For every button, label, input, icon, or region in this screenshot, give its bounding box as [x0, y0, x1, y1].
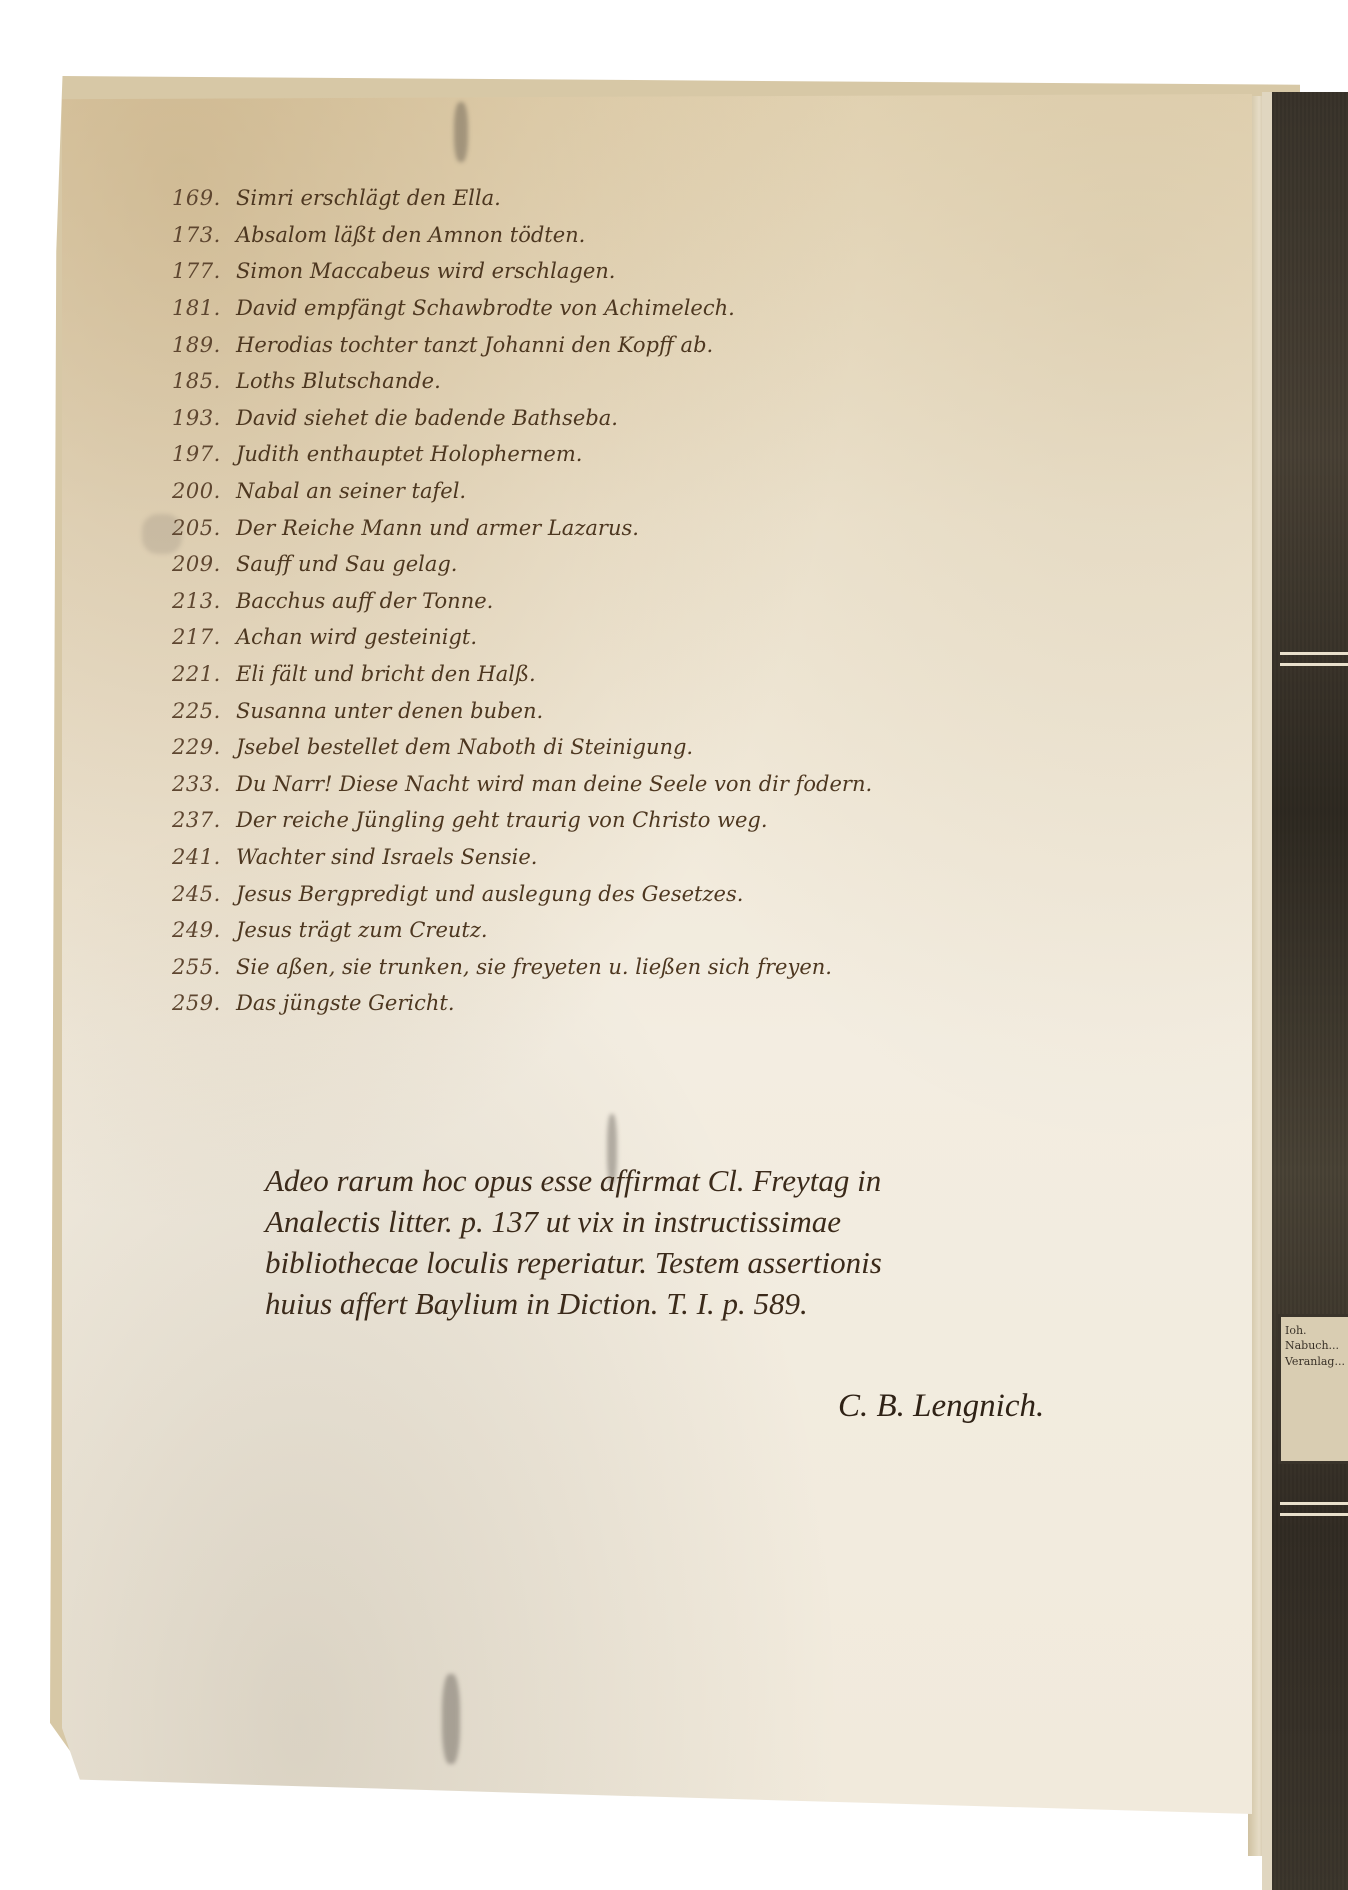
entry-text: David siehet die badende Bathseba.: [236, 406, 618, 430]
entry-text: Jesus Bergpredigt und auslegung des Gese…: [236, 882, 743, 906]
index-entry: 181.David empfängt Schawbrodte von Achim…: [172, 290, 1072, 327]
entry-text: Du Narr! Diese Nacht wird man deine Seel…: [236, 772, 872, 796]
page-number: 221.: [172, 662, 236, 686]
page-number: 249.: [172, 918, 236, 942]
index-entry: 169.Simri erschlägt den Ella.: [172, 180, 1072, 217]
index-entry: 249.Jesus trägt zum Creutz.: [172, 912, 1072, 949]
entry-text: Absalom läßt den Amnon tödten.: [236, 223, 585, 247]
page-number: 181.: [172, 296, 236, 320]
plate-cartouche: Ioh. Nabuch... Veranlag...: [1278, 1314, 1348, 1464]
index-entry: 209.Sauff und Sau gelag.: [172, 546, 1072, 583]
entry-text: Das jüngste Gericht.: [236, 991, 455, 1015]
entry-text: Herodias tochter tanzt Johanni den Kopff…: [236, 333, 713, 357]
note-line: huius affert Baylium in Diction. T. I. p…: [265, 1283, 1095, 1324]
index-entry: 193.David siehet die badende Bathseba.: [172, 400, 1072, 437]
index-entry: 237.Der reiche Jüngling geht traurig von…: [172, 802, 1072, 839]
index-entry: 205.Der Reiche Mann und armer Lazarus.: [172, 509, 1072, 546]
page-number: 245.: [172, 882, 236, 906]
page-number: 229.: [172, 735, 236, 759]
page-number: 169.: [172, 186, 236, 210]
handwritten-index-list: 169.Simri erschlägt den Ella. 173.Absalo…: [172, 180, 1072, 1022]
entry-text: Jsebel bestellet dem Naboth di Steinigun…: [236, 735, 693, 759]
page-number: 241.: [172, 845, 236, 869]
engraved-plate-facing-page: Ioh. Nabuch... Veranlag...: [1262, 92, 1348, 1890]
entry-text: Simon Maccabeus wird erschlagen.: [236, 259, 615, 283]
entry-text: Nabal an seiner tafel.: [236, 479, 466, 503]
index-entry: 189.Herodias tochter tanzt Johanni den K…: [172, 326, 1072, 363]
entry-text: David empfängt Schawbrodte von Achimelec…: [236, 296, 735, 320]
page-number: 217.: [172, 625, 236, 649]
index-entry: 200.Nabal an seiner tafel.: [172, 473, 1072, 510]
index-entry: 177.Simon Maccabeus wird erschlagen.: [172, 253, 1072, 290]
entry-text: Susanna unter denen buben.: [236, 699, 543, 723]
entry-text: Jesus trägt zum Creutz.: [236, 918, 488, 942]
cartouche-line: Veranlag...: [1285, 1354, 1348, 1369]
entry-text: Sie aßen, sie trunken, sie freyeten u. l…: [236, 955, 832, 979]
latin-provenance-note: Adeo rarum hoc opus esse affirmat Cl. Fr…: [265, 1160, 1095, 1324]
index-entry: 259.Das jüngste Gericht.: [172, 985, 1072, 1022]
page-number: 173.: [172, 223, 236, 247]
page-number: 205.: [172, 516, 236, 540]
page-number: 200.: [172, 479, 236, 503]
page-number: 233.: [172, 772, 236, 796]
page-number: 237.: [172, 808, 236, 832]
page-number: 177.: [172, 259, 236, 283]
index-entry: 245.Jesus Bergpredigt und auslegung des …: [172, 875, 1072, 912]
entry-text: Eli fält und bricht den Halß.: [236, 662, 536, 686]
page-number: 189.: [172, 333, 236, 357]
index-entry: 197.Judith enthauptet Holophernem.: [172, 436, 1072, 473]
entry-text: Der reiche Jüngling geht traurig von Chr…: [236, 808, 768, 832]
entry-text: Wachter sind Israels Sensie.: [236, 845, 537, 869]
note-line: bibliothecae loculis reperiatur. Testem …: [265, 1242, 1095, 1283]
page-number: 209.: [172, 552, 236, 576]
ink-stain: [442, 1674, 460, 1764]
entry-text: Judith enthauptet Holophernem.: [236, 442, 582, 466]
page-number: 193.: [172, 406, 236, 430]
index-entry: 233.Du Narr! Diese Nacht wird man deine …: [172, 766, 1072, 803]
index-entry: 241.Wachter sind Israels Sensie.: [172, 839, 1072, 876]
page-number: 213.: [172, 589, 236, 613]
page-number: 197.: [172, 442, 236, 466]
entry-text: Bacchus auff der Tonne.: [236, 589, 493, 613]
page-number: 185.: [172, 369, 236, 393]
entry-text: Loths Blutschande.: [236, 369, 441, 393]
ink-stain: [454, 102, 468, 162]
index-entry: 221.Eli fält und bricht den Halß.: [172, 656, 1072, 693]
index-entry: 255.Sie aßen, sie trunken, sie freyeten …: [172, 948, 1072, 985]
cartouche-line: Nabuch...: [1285, 1338, 1348, 1353]
entry-text: Simri erschlägt den Ella.: [236, 186, 501, 210]
plate-frame-divider: [1280, 1502, 1348, 1516]
index-entry: 217.Achan wird gesteinigt.: [172, 619, 1072, 656]
index-entry: 225.Susanna unter denen buben.: [172, 692, 1072, 729]
note-line: Analectis litter. p. 137 ut vix in instr…: [265, 1201, 1095, 1242]
cartouche-line: Ioh.: [1285, 1323, 1348, 1338]
index-entry: 185.Loths Blutschande.: [172, 363, 1072, 400]
page-number: 259.: [172, 991, 236, 1015]
signature: C. B. Lengnich.: [838, 1388, 1044, 1425]
entry-text: Sauff und Sau gelag.: [236, 552, 457, 576]
index-entry: 213.Bacchus auff der Tonne.: [172, 583, 1072, 620]
page-number: 255.: [172, 955, 236, 979]
page-number: 225.: [172, 699, 236, 723]
plate-frame-divider: [1280, 652, 1348, 666]
index-entry: 173.Absalom läßt den Amnon tödten.: [172, 217, 1072, 254]
note-line: Adeo rarum hoc opus esse affirmat Cl. Fr…: [265, 1160, 1095, 1201]
entry-text: Der Reiche Mann und armer Lazarus.: [236, 516, 639, 540]
index-entry: 229.Jsebel bestellet dem Naboth di Stein…: [172, 729, 1072, 766]
entry-text: Achan wird gesteinigt.: [236, 625, 477, 649]
